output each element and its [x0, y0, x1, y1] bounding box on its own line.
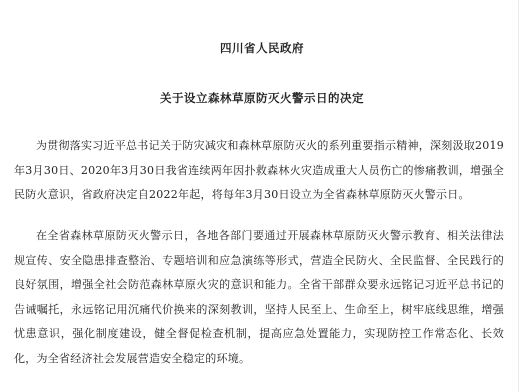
issuer-heading: 四川省人民政府 [0, 40, 524, 56]
paragraph-2: 在全省森林草原防灭火警示日，各地各部门要通过开展森林草原防灭火警示教育、相关法律… [14, 224, 504, 371]
document-title: 关于设立森林草原防灭火警示日的决定 [0, 90, 524, 106]
page-edge-divider [518, 0, 519, 392]
paragraph-1: 为贯彻落实习近平总书记关于防灾减灾和森林草原防灭火的系列重要指示精神，深刻汲取2… [14, 134, 504, 208]
